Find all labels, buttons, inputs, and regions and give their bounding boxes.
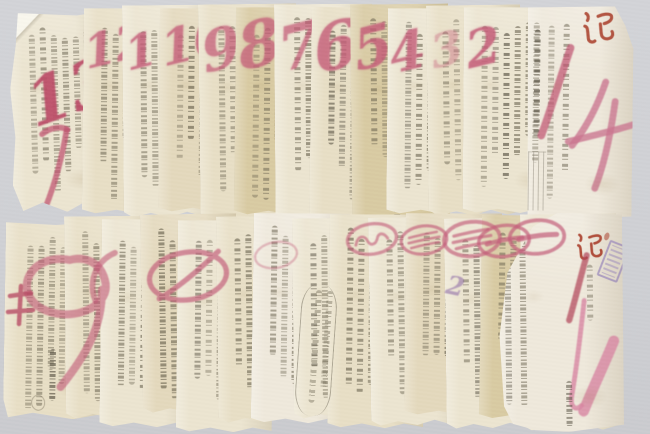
- handwriting-column: [188, 26, 195, 139]
- handwriting-column: [194, 241, 201, 380]
- manuscript-page-right-top: [525, 5, 634, 218]
- handwriting-column: [36, 246, 45, 406]
- handwriting-column: [151, 30, 158, 187]
- handwriting-column: [234, 239, 242, 368]
- handwriting-column: [442, 31, 450, 164]
- handwriting-column: [140, 31, 147, 177]
- handwriting-column: [462, 240, 470, 365]
- handwriting-column: [25, 245, 34, 409]
- handwriting-column: [73, 36, 82, 148]
- handwriting-column: [100, 28, 107, 163]
- handwriting-column: [423, 232, 430, 355]
- signature-column: [49, 349, 56, 401]
- photo-of-manuscript-pages: 13: [0, 0, 650, 434]
- handwriting-column: [357, 239, 365, 394]
- handwriting-column: [29, 35, 39, 174]
- handwriting-column: [434, 238, 441, 354]
- handwriting-column: [514, 26, 521, 157]
- handwriting-column: [492, 27, 499, 157]
- handwriting-column: [111, 34, 119, 201]
- handwriting-column: [370, 18, 377, 147]
- handwriting-column: [503, 33, 510, 179]
- handwriting-column: [294, 17, 301, 172]
- handwriting-column: [415, 34, 422, 185]
- handwriting-text: [504, 220, 618, 422]
- handwriting-column: [158, 229, 167, 390]
- handwriting-column: [218, 26, 226, 191]
- handwriting-text: [532, 13, 628, 208]
- handwriting-column: [263, 28, 271, 200]
- handwriting-column: [129, 247, 137, 386]
- handwriting-column: [205, 240, 212, 376]
- ruled-lines: [527, 151, 546, 210]
- handwriting-column: [252, 35, 260, 199]
- handwriting-column: [386, 239, 394, 357]
- handwriting-column: [39, 28, 49, 161]
- handwriting-column: [62, 38, 72, 172]
- handwriting-column: [328, 30, 336, 144]
- handwriting-text: [299, 289, 333, 411]
- signature-column: [566, 381, 573, 427]
- handwriting-column: [51, 35, 61, 193]
- handwriting-column: [346, 228, 354, 387]
- handwriting-column: [270, 226, 278, 356]
- handwriting-column: [320, 291, 333, 390]
- handwriting-column: [547, 26, 555, 199]
- handwriting-column: [481, 26, 488, 187]
- handwriting-column: [280, 236, 288, 378]
- handwriting-column: [82, 232, 90, 393]
- handwriting-column: [177, 34, 184, 159]
- handwriting-column: [118, 240, 126, 387]
- handwriting-column: [339, 25, 347, 169]
- pencil-column: [587, 265, 594, 321]
- handwriting-column: [519, 238, 527, 406]
- handwriting-column: [562, 24, 570, 173]
- handwriting-column: [404, 22, 411, 189]
- handwriting-column: [453, 20, 461, 181]
- handwriting-column: [93, 243, 101, 401]
